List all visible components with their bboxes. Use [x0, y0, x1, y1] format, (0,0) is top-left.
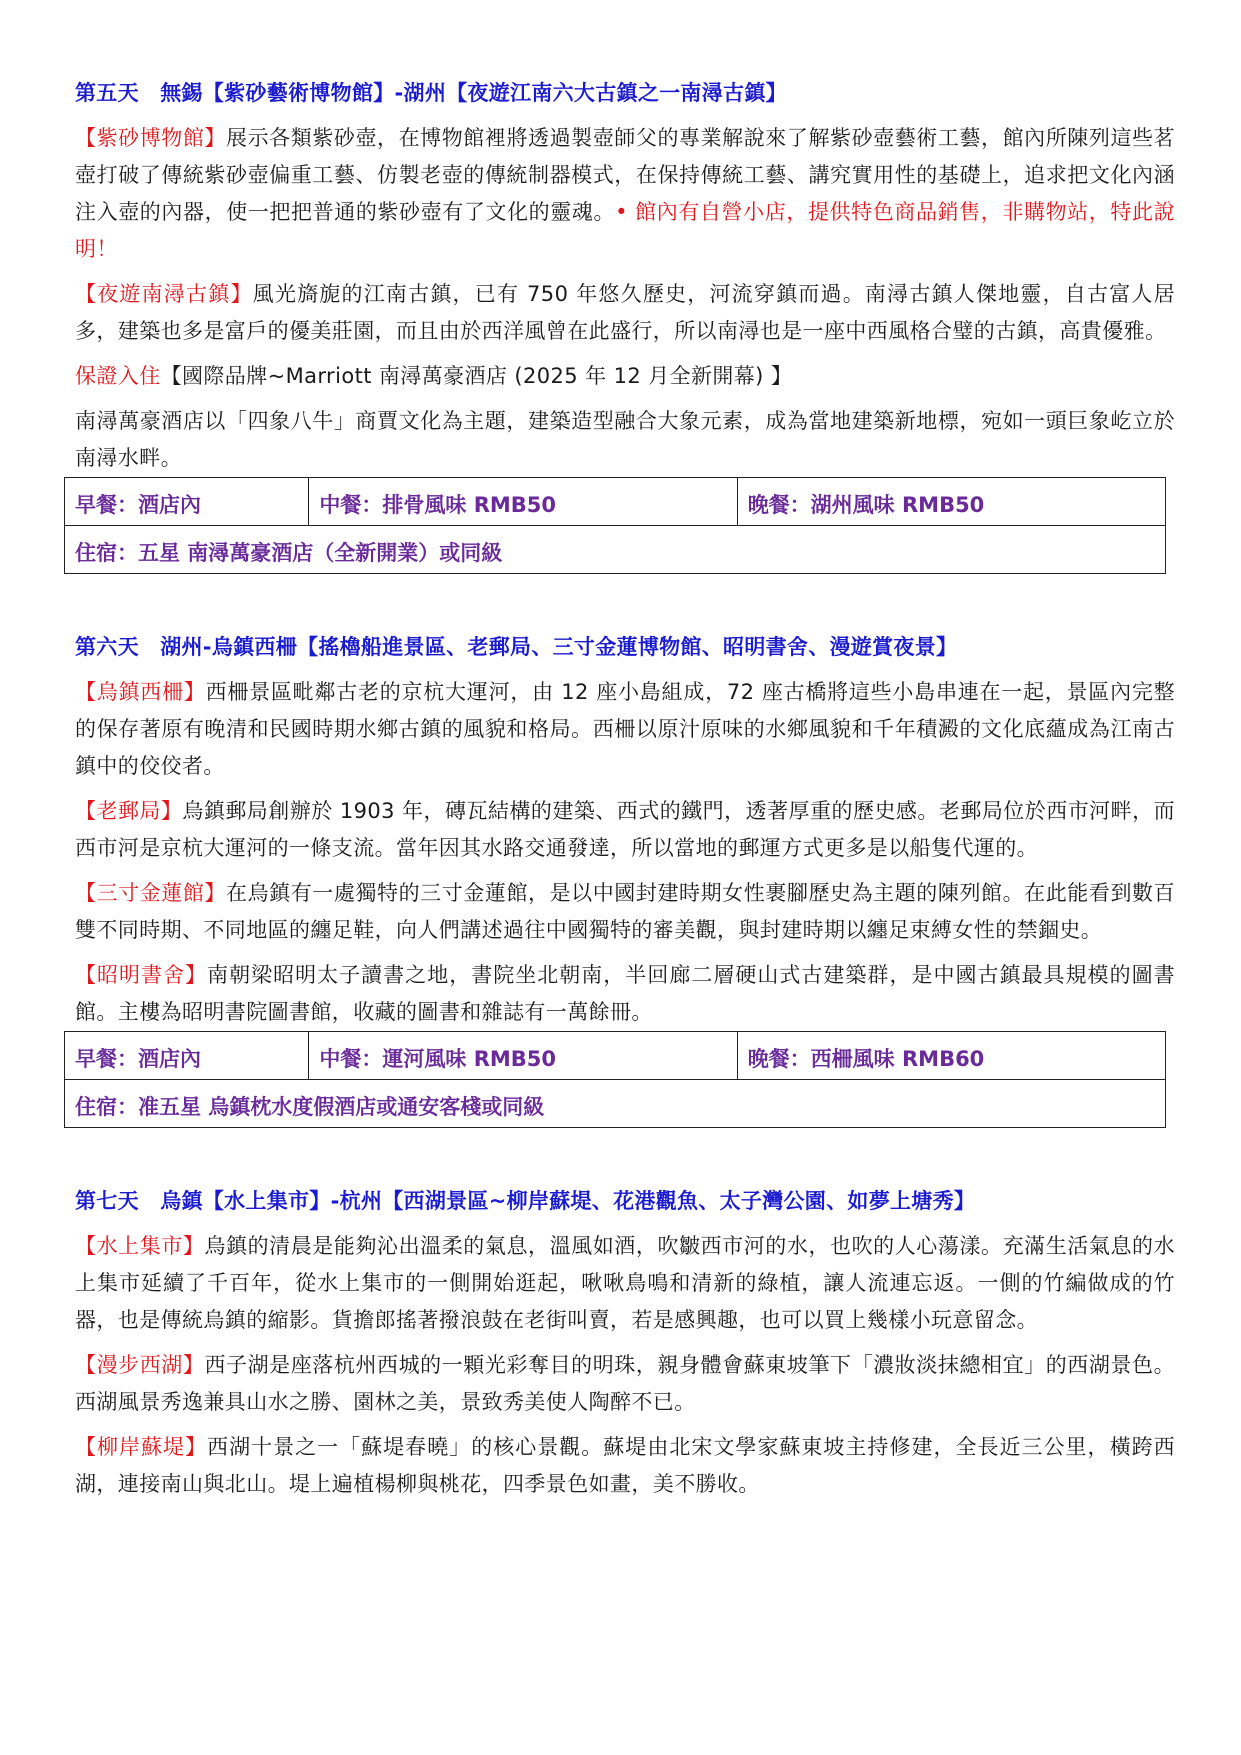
paragraph-su-causeway: 【柳岸蘇堤】西湖十景之一「蘇堤春曉」的核心景觀。蘇堤由北宋文學家蘇東坡主持修建，… [75, 1429, 1175, 1503]
paragraph-zisha-museum: 【紫砂博物館】展示各類紫砂壺，在博物館裡將透過製壺師父的專業解說來了解紫砂壺藝術… [75, 120, 1175, 268]
hotel-cell: 住宿：五星 南潯萬豪酒店（全新開業）或同級 [65, 526, 1166, 574]
day-7-section: 第七天 烏鎮【水上集市】-杭州【西湖景區~柳岸蘇堤、花港觀魚、太子灣公園、如夢上… [75, 1186, 1175, 1503]
paragraph-hotel-guarantee: 保證入住【國際品牌~Marriott 南潯萬豪酒店 (2025 年 12 月全新… [75, 358, 1175, 395]
paragraph-lotus-shoes-museum: 【三寸金蓮館】在烏鎮有一處獨特的三寸金蓮館，是以中國封建時期女性裹腳歷史為主題的… [75, 875, 1175, 949]
paragraph-text: 西柵景區毗鄰古老的京杭大運河，由 12 座小島組成，72 座古橋將這些小島串連在… [75, 680, 1175, 778]
day-5-section: 第五天 無錫【紫砂藝術博物館】-湖州【夜遊江南六大古鎮之一南潯古鎮】 【紫砂博物… [75, 78, 1175, 574]
day-6-section: 第六天 湖州-烏鎮西柵【搖櫓船進景區、老郵局、三寸金蓮博物館、昭明書舍、漫遊賞夜… [75, 632, 1175, 1128]
paragraph-wuzhen-xizha: 【烏鎮西柵】西柵景區毗鄰古老的京杭大運河，由 12 座小島組成，72 座古橋將這… [75, 674, 1175, 785]
lunch-cell: 中餐：運河風味 RMB50 [309, 1032, 737, 1080]
paragraph-text: 【國際品牌~Marriott 南潯萬豪酒店 (2025 年 12 月全新開幕) … [161, 364, 793, 388]
paragraph-old-post-office: 【老郵局】烏鎮郵局創辦於 1903 年，磚瓦結構的建築、西式的鐵門，透著厚重的歷… [75, 793, 1175, 867]
breakfast-cell: 早餐：酒店內 [65, 1032, 309, 1080]
day-7-title: 第七天 烏鎮【水上集市】-杭州【西湖景區~柳岸蘇堤、花港觀魚、太子灣公園、如夢上… [75, 1186, 1175, 1216]
meals-table-day-5: 早餐：酒店內 中餐：排骨風味 RMB50 晚餐：湖州風味 RMB50 住宿：五星… [64, 477, 1166, 574]
section-label: 【夜遊南潯古鎮】 [75, 282, 253, 306]
lunch-cell: 中餐：排骨風味 RMB50 [309, 478, 737, 526]
section-label: 【烏鎮西柵】 [75, 680, 206, 704]
day-5-title: 第五天 無錫【紫砂藝術博物館】-湖州【夜遊江南六大古鎮之一南潯古鎮】 [75, 78, 1175, 108]
paragraph-west-lake-stroll: 【漫步西湖】西子湖是座落杭州西城的一顆光彩奪目的明珠，親身體會蘇東坡筆下「濃妝淡… [75, 1347, 1175, 1421]
paragraph-text: 在烏鎮有一處獨特的三寸金蓮館，是以中國封建時期女性裹腳歷史為主題的陳列館。在此能… [75, 881, 1175, 942]
section-label: 【三寸金蓮館】 [75, 881, 226, 905]
paragraph-text: 南潯萬豪酒店以「四象八牛」商賈文化為主題，建築造型融合大象元素，成為當地建築新地… [75, 409, 1175, 470]
itinerary-page: 第五天 無錫【紫砂藝術博物館】-湖州【夜遊江南六大古鎮之一南潯古鎮】 【紫砂博物… [75, 78, 1175, 1511]
paragraph-nanxun-night: 【夜遊南潯古鎮】風光旖旎的江南古鎮，已有 750 年悠久歷史，河流穿鎮而過。南潯… [75, 276, 1175, 350]
paragraph-text: 南朝梁昭明太子讀書之地，書院坐北朝南，半回廊二層硬山式古建築群，是中國古鎮最具規… [75, 963, 1175, 1024]
section-label: 保證入住 [75, 364, 161, 388]
dinner-cell: 晚餐：西柵風味 RMB60 [737, 1032, 1165, 1080]
paragraph-text: 烏鎮郵局創辦於 1903 年，磚瓦結構的建築、西式的鐵門，透著厚重的歷史感。老郵… [75, 799, 1175, 860]
dinner-cell: 晚餐：湖州風味 RMB50 [737, 478, 1165, 526]
spacer [75, 1128, 1175, 1186]
day-6-title: 第六天 湖州-烏鎮西柵【搖櫓船進景區、老郵局、三寸金蓮博物館、昭明書舍、漫遊賞夜… [75, 632, 1175, 662]
breakfast-cell: 早餐：酒店內 [65, 478, 309, 526]
paragraph-zhaoming-library: 【昭明書舍】南朝梁昭明太子讀書之地，書院坐北朝南，半回廊二層硬山式古建築群，是中… [75, 957, 1175, 1031]
paragraph-hotel-description: 南潯萬豪酒店以「四象八牛」商賈文化為主題，建築造型融合大象元素，成為當地建築新地… [75, 403, 1175, 477]
section-label: 【老郵局】 [75, 799, 182, 823]
spacer [75, 574, 1175, 632]
paragraph-text: 西子湖是座落杭州西城的一顆光彩奪目的明珠，親身體會蘇東坡筆下「濃妝淡抹總相宜」的… [75, 1353, 1175, 1414]
section-label: 【昭明書舍】 [75, 963, 207, 987]
section-label: 【柳岸蘇堤】 [75, 1435, 207, 1459]
section-label: 【漫步西湖】 [75, 1353, 204, 1377]
section-label: 【紫砂博物館】 [75, 126, 226, 150]
meals-table-day-6: 早餐：酒店內 中餐：運河風味 RMB50 晚餐：西柵風味 RMB60 住宿：准五… [64, 1031, 1166, 1128]
paragraph-text: 烏鎮的清晨是能夠沁出溫柔的氣息，溫風如酒，吹皺西市河的水，也吹的人心蕩漾。充滿生… [75, 1234, 1175, 1332]
paragraph-text: 西湖十景之一「蘇堤春曉」的核心景觀。蘇堤由北宋文學家蘇東坡主持修建，全長近三公里… [75, 1435, 1175, 1496]
hotel-cell: 住宿：准五星 烏鎮枕水度假酒店或通安客棧或同級 [65, 1080, 1166, 1128]
section-label: 【水上集市】 [75, 1234, 204, 1258]
paragraph-floating-market: 【水上集市】烏鎮的清晨是能夠沁出溫柔的氣息，溫風如酒，吹皺西市河的水，也吹的人心… [75, 1228, 1175, 1339]
